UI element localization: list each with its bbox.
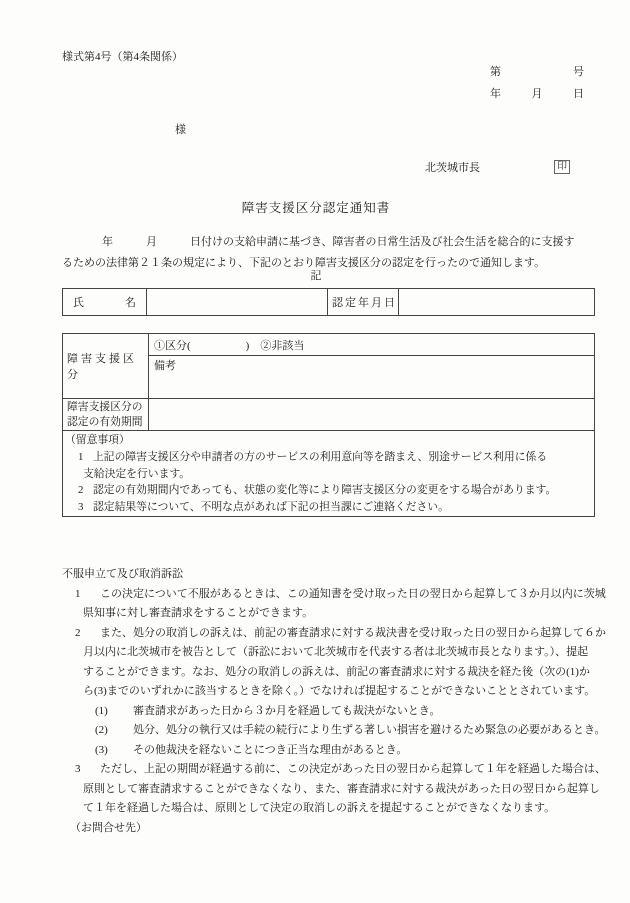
- date-year-label: 年: [490, 85, 501, 101]
- page-title: 障害支援区分認定通知書: [62, 198, 570, 216]
- notes-item-3: 3認定結果等について、不明な点があれば下記の担当課にご連絡ください。: [65, 499, 592, 516]
- record-mark: 記: [62, 269, 570, 283]
- appeal-item-2-cont2: することができます。なお、処分の取消しの訴えは、前記の審査請求に対する裁決を経た…: [62, 663, 582, 683]
- category-options-cell: ①区分( ) ②非該当: [149, 334, 595, 356]
- name-label-right: 名: [125, 294, 136, 310]
- contact-heading: （お問合せ先）: [62, 819, 582, 839]
- notes-item-1: 1上記の障害支援区分や申請者の方のサービスの利用意向等を踏まえ、別途サービス利用…: [65, 449, 592, 466]
- appeal-subitem-2: (2)処分、処分の執行又は手続の続行により生ずる著しい損害を避けるため緊急の必要…: [62, 721, 582, 741]
- appeal-item-2-cont3: ら(3)までのいずれかに該当するときを除く。）でなければ提起することができないこ…: [62, 682, 582, 702]
- table-row: 障害支援区分の 認定の有効期間: [63, 399, 595, 431]
- intro-paragraph: 年 月 日付けの支給申請に基づき、障害者の日常生活及び社会生活を総合的に支援す …: [62, 232, 574, 274]
- notes-cell: （留意事項） 1上記の障害支援区分や申請者の方のサービスの利用意向等を踏まえ、別…: [63, 431, 595, 517]
- table-row: 氏 名 認定年月日: [63, 289, 595, 316]
- document-date-line: 年 月 日: [490, 85, 584, 101]
- addressee-honorific: 様: [175, 121, 186, 137]
- doc-number-prefix: 第: [490, 63, 501, 79]
- appeal-item-3: 3ただし、上記の期間が経過する前に、この決定があった日の翌日から起算して１年を経…: [62, 760, 582, 780]
- seal-mark: 印: [554, 160, 570, 174]
- name-label-cell: 氏 名: [63, 289, 147, 316]
- appeal-item-1: 1この決定について不服があるときは、この通知書を受け取った日の翌日から起算して３…: [62, 585, 582, 605]
- validity-value-cell: [149, 399, 595, 431]
- appeal-item-3-cont1: 原則として審査請求することができなくなり、また、審査請求に対する裁決があった日の…: [62, 780, 582, 800]
- notes-item-1-cont: 支給決定を行います。: [65, 466, 592, 483]
- issuer-line: 北茨城市長 印: [425, 159, 570, 175]
- date-day-label: 日: [573, 85, 584, 101]
- notes-item-2: 2認定の有効期間内であっても、状態の変化等により障害支援区分の変更をする場合があ…: [65, 482, 592, 499]
- doc-number-suffix: 号: [573, 63, 584, 79]
- appeal-subitem-1: (1)審査請求があった日から３か月を経過しても裁決がないとき。: [62, 702, 582, 722]
- name-label-left: 氏: [73, 294, 84, 310]
- remarks-cell: 備考: [149, 356, 595, 399]
- notes-header: （留意事項）: [65, 432, 592, 449]
- validity-label-line2: 認定の有効期間: [67, 415, 148, 430]
- cert-date-value-cell: [399, 289, 595, 316]
- category-table: 障害支援区分 ①区分( ) ②非該当 備考 障害支援区分の 認定の有効期間 （留…: [62, 333, 595, 517]
- document-number-line: 第 号: [490, 63, 584, 79]
- cert-date-label-cell: 認定年月日: [328, 289, 399, 316]
- name-date-table: 氏 名 認定年月日: [62, 288, 595, 316]
- appeal-section: 不服申立て及び取消訴訟 1この決定について不服があるときは、この通知書を受け取っ…: [62, 565, 582, 838]
- form-number: 様式第4号（第4条関係）: [62, 48, 183, 64]
- appeal-item-3-cont2: て１年を経過した場合は、原則として決定の取消しの訴えを提起することができなくなり…: [62, 799, 582, 819]
- appeal-subitem-3: (3)その他裁決を経ないことにつき正当な理由があるとき。: [62, 741, 582, 761]
- name-value-cell: [147, 289, 328, 316]
- issuer-name: 北茨城市長: [425, 159, 480, 175]
- validity-label-line1: 障害支援区分の: [67, 400, 148, 415]
- validity-label-cell: 障害支援区分の 認定の有効期間: [63, 399, 149, 431]
- appeal-item-2: 2また、処分の取消しの訴えは、前記の審査請求に対する裁決書を受け取った日の翌日か…: [62, 624, 582, 644]
- appeal-heading: 不服申立て及び取消訴訟: [62, 565, 582, 585]
- date-month-label: 月: [532, 85, 543, 101]
- table-row: 障害支援区分 ①区分( ) ②非該当: [63, 334, 595, 356]
- intro-line-1: 年 月 日付けの支給申請に基づき、障害者の日常生活及び社会生活を総合的に支援す: [62, 232, 574, 253]
- category-label-cell: 障害支援区分: [63, 334, 149, 399]
- table-row: （留意事項） 1上記の障害支援区分や申請者の方のサービスの利用意向等を踏まえ、別…: [63, 431, 595, 517]
- document-page: 様式第4号（第4条関係） 第 号 年 月 日 様 北茨城市長 印 障害支援区分認…: [0, 0, 630, 903]
- appeal-item-1-cont: 県知事に対し審査請求をすることができます。: [62, 604, 582, 624]
- appeal-item-2-cont1: 月以内に北茨城市を被告として（訴訟において北茨城市を代表する者は北茨城市長となり…: [62, 643, 582, 663]
